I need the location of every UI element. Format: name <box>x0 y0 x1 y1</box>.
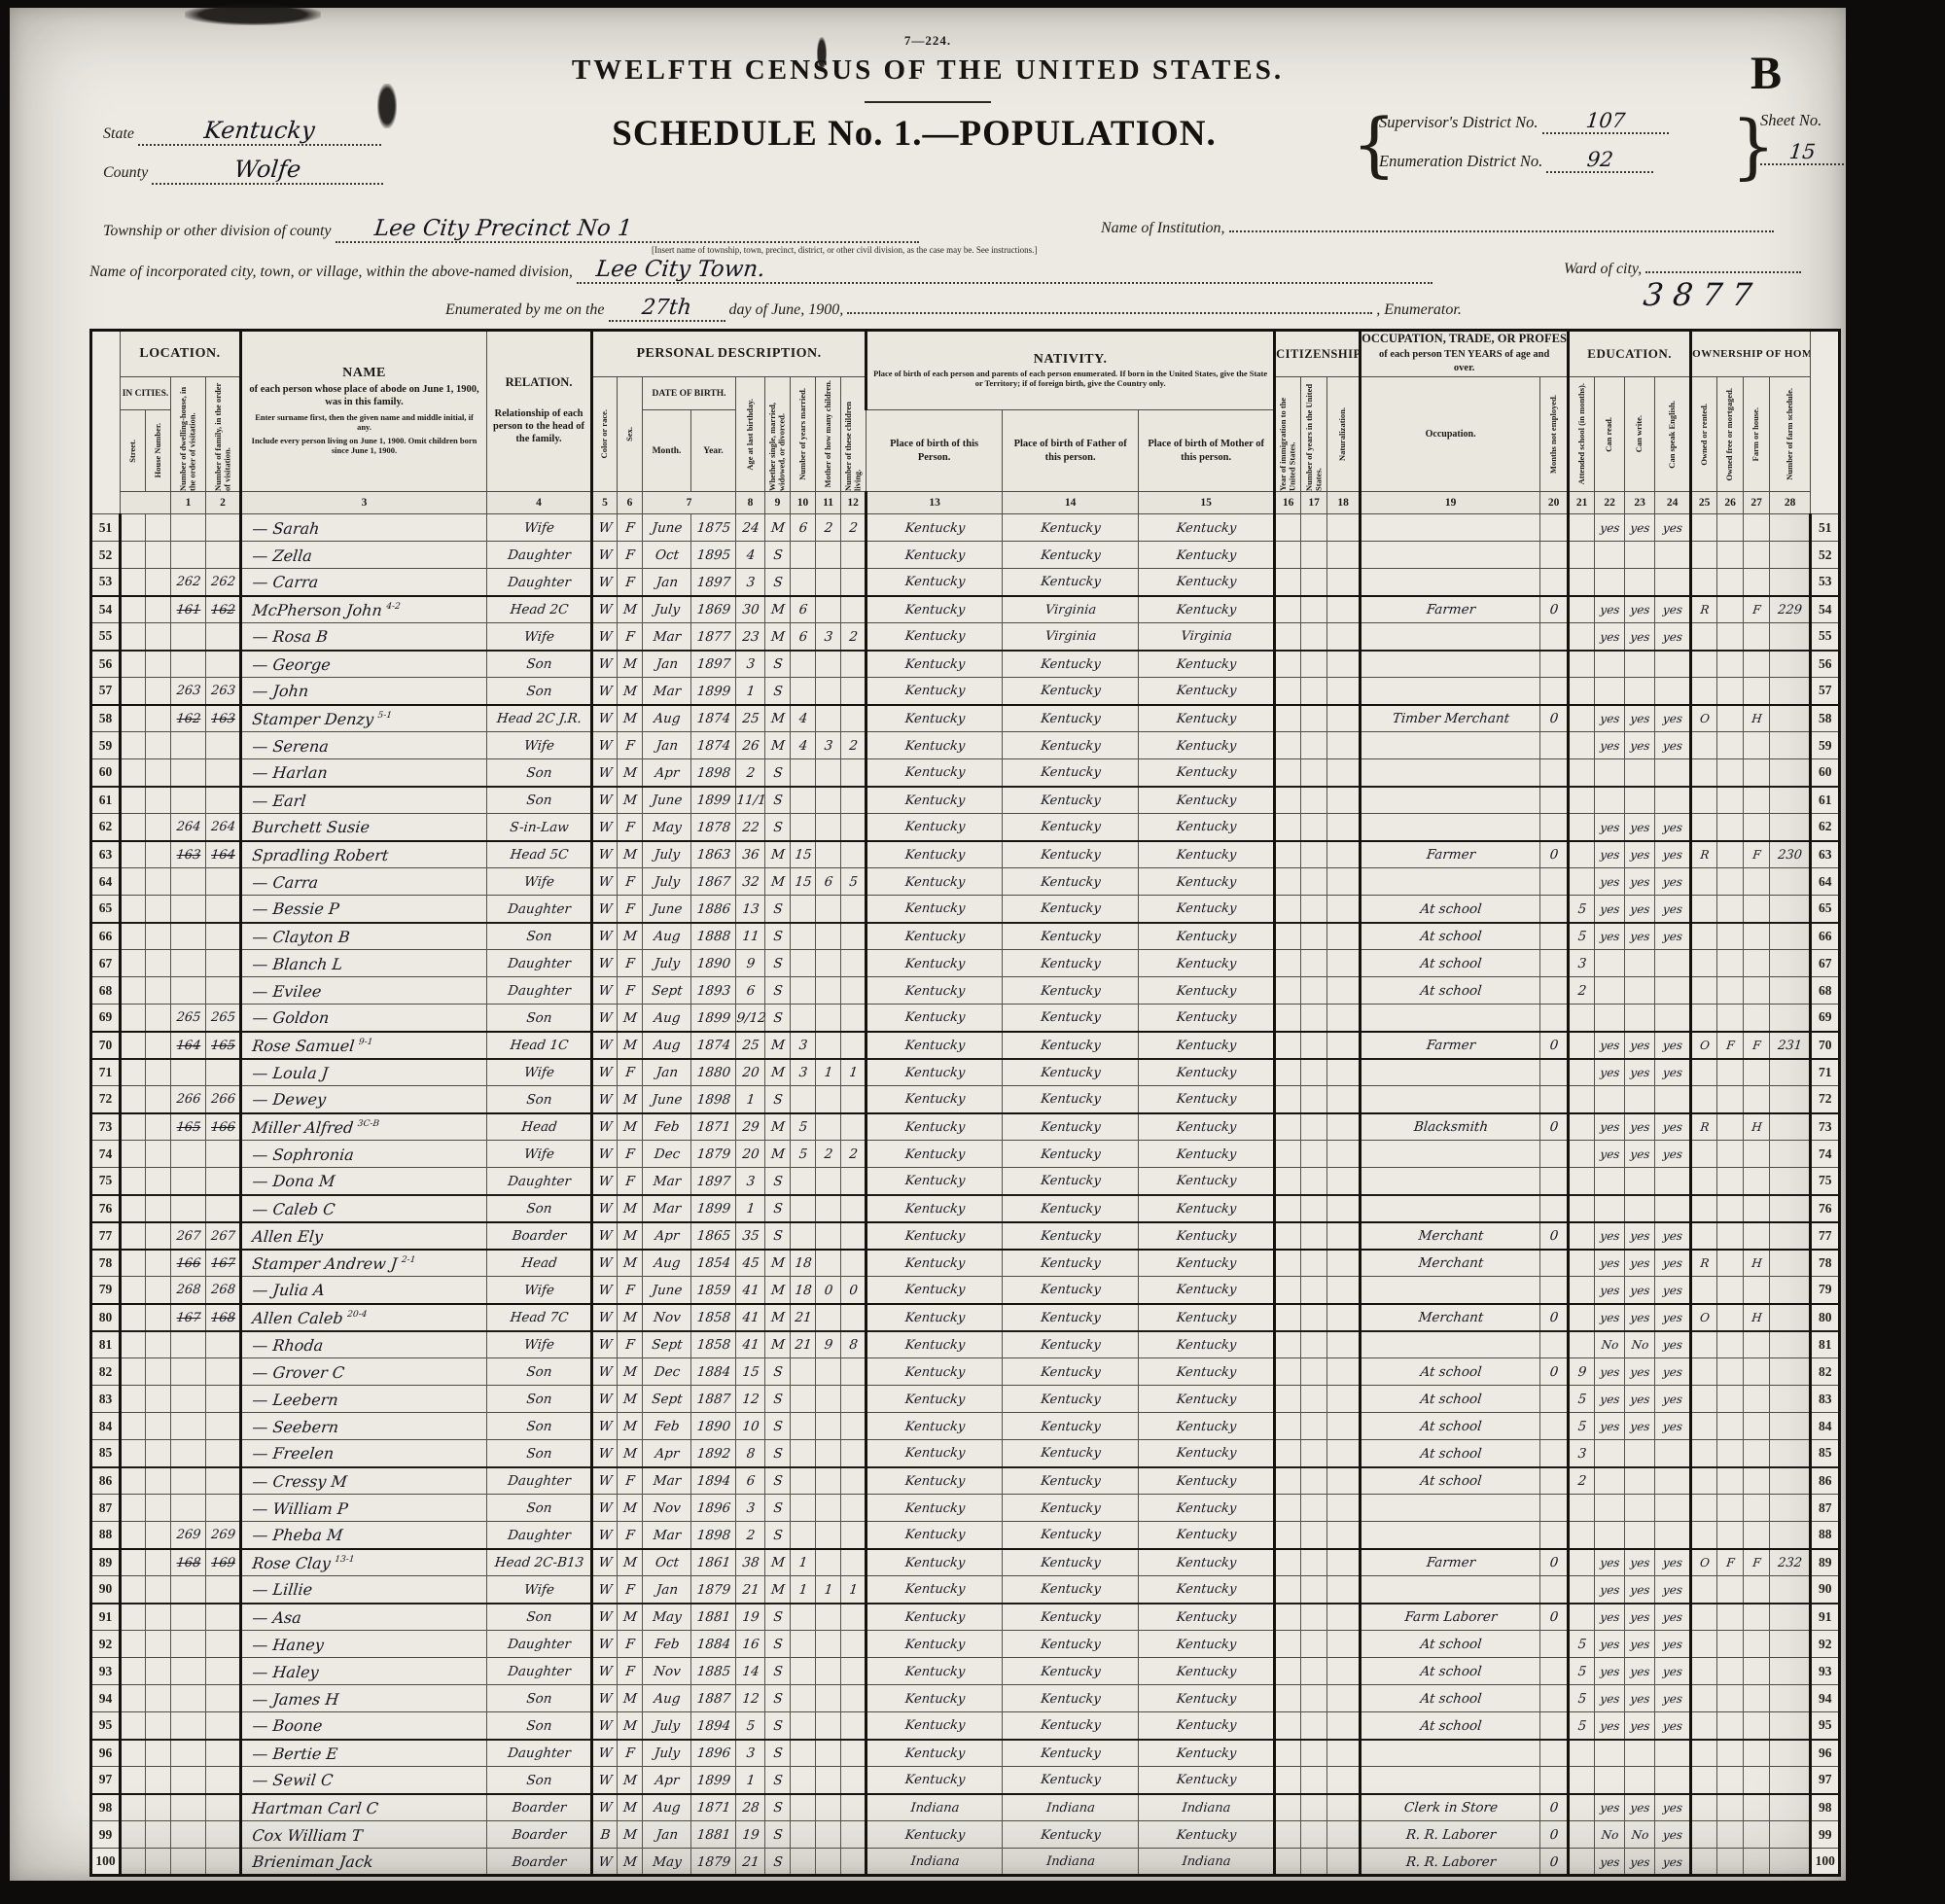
cell-by: 1879 <box>690 1849 737 1876</box>
cell-wr <box>1623 1522 1656 1549</box>
cell-rl: Boarder <box>485 1849 593 1876</box>
cell-a: 36 <box>734 841 766 868</box>
line-number-right: 83 <box>1811 1386 1840 1413</box>
line-number-right: 92 <box>1811 1631 1840 1658</box>
cell-p2: Kentucky <box>1001 1304 1140 1331</box>
cell-mo <box>814 1086 842 1113</box>
cell-a: 29 <box>734 1113 766 1141</box>
cell-wr: yes <box>1623 1222 1656 1250</box>
cell-a: 3 <box>734 1740 766 1767</box>
cell-st <box>119 841 147 868</box>
cell-sc <box>1567 1549 1596 1576</box>
cell-bm: Aug <box>641 1005 692 1032</box>
cell-by: 1892 <box>690 1440 737 1467</box>
cell-fh <box>1742 1440 1771 1467</box>
cell-bm: Aug <box>641 1032 692 1059</box>
cell-a: 3 <box>734 1495 766 1522</box>
cell-p2: Kentucky <box>1001 977 1140 1005</box>
cell-c: W <box>590 514 619 542</box>
cell-im <box>1273 1059 1302 1086</box>
cell-hn <box>144 569 172 596</box>
cell-f: 266 <box>204 1086 242 1113</box>
pob-person-header: Place of birth of this Person. <box>866 410 1003 492</box>
cell-p1: Kentucky <box>865 1222 1004 1250</box>
cell-yu <box>1299 1467 1328 1495</box>
naturalization-header: Naturalization. <box>1327 377 1361 492</box>
census-record-row: 52— ZellaDaughterWFOct18954SKentuckyKent… <box>91 542 1840 569</box>
cell-en: yes <box>1653 1413 1692 1440</box>
cell-cl <box>839 841 867 868</box>
cell-mn <box>1538 623 1570 651</box>
cell-nm: — Freelen <box>239 1440 488 1467</box>
cell-rl: Head 1C <box>485 1032 593 1059</box>
cell-nm: — Julia A <box>239 1277 488 1304</box>
cell-na <box>1326 1685 1361 1712</box>
cell-rd <box>1593 1467 1626 1495</box>
census-record-row: 58162163Stamper Denzy5-1Head 2C J.R.WMAu… <box>91 705 1840 732</box>
cell-hn <box>144 651 172 678</box>
cell-rd <box>1593 1005 1626 1032</box>
cell-p3: Kentucky <box>1137 1331 1276 1358</box>
cell-f <box>204 542 242 569</box>
cell-im <box>1273 1141 1302 1168</box>
cell-na <box>1326 841 1361 868</box>
cell-fs <box>1768 896 1812 923</box>
line-number-header-left <box>91 331 121 514</box>
cell-y <box>789 1712 817 1740</box>
cell-mn <box>1538 759 1570 787</box>
cell-by: 1884 <box>690 1358 737 1386</box>
cell-im <box>1273 1222 1302 1250</box>
cell-hn <box>144 1740 172 1767</box>
cell-sc <box>1567 1059 1596 1086</box>
line-number-left: 81 <box>91 1331 121 1358</box>
cell-rd: yes <box>1593 1549 1626 1576</box>
cell-st <box>119 1767 147 1794</box>
cell-f <box>204 1658 242 1685</box>
cell-st <box>119 1358 147 1386</box>
cell-en <box>1653 1168 1692 1195</box>
cell-rd: yes <box>1593 1141 1626 1168</box>
cell-mn: 0 <box>1538 596 1570 623</box>
line-number-right: 85 <box>1811 1440 1840 1467</box>
cell-y: 3 <box>789 1059 817 1086</box>
cell-oc: R. R. Laborer <box>1359 1821 1541 1849</box>
cell-c: W <box>590 569 619 596</box>
cell-fs <box>1768 623 1812 651</box>
cell-fm <box>1715 841 1745 868</box>
cell-f <box>204 623 242 651</box>
cell-f: 265 <box>204 1005 242 1032</box>
cell-f <box>204 896 242 923</box>
cell-by: 1890 <box>690 950 737 977</box>
cell-f <box>204 1685 242 1712</box>
cell-im <box>1273 1195 1302 1222</box>
cell-nm: Burchett Susie <box>239 814 488 841</box>
cell-y <box>789 1849 817 1876</box>
cell-fm <box>1715 1005 1745 1032</box>
census-record-row: 59— SerenaWifeWFJan187426M432KentuckyKen… <box>91 732 1840 759</box>
cell-oc: At school <box>1359 923 1541 950</box>
cell-y <box>789 1685 817 1712</box>
cell-d <box>169 1331 207 1358</box>
cell-st <box>119 1604 147 1631</box>
cell-p3: Kentucky <box>1137 759 1276 787</box>
cell-by: 1865 <box>690 1222 737 1250</box>
cell-na <box>1326 814 1361 841</box>
cell-fm <box>1715 950 1745 977</box>
line-number-left: 61 <box>91 787 121 814</box>
cell-oc <box>1359 1767 1541 1794</box>
cell-fm <box>1715 1467 1745 1495</box>
cell-by: 1887 <box>690 1386 737 1413</box>
census-record-row: 81— RhodaWifeWFSept185841M2198KentuckyKe… <box>91 1331 1840 1358</box>
cell-fh <box>1742 1604 1771 1631</box>
cell-st <box>119 923 147 950</box>
cell-oc: Farmer <box>1359 1032 1541 1059</box>
cell-p1: Kentucky <box>865 1821 1004 1849</box>
cell-fh <box>1742 1467 1771 1495</box>
cell-fh: H <box>1742 1304 1771 1331</box>
cell-st <box>119 1113 147 1141</box>
cell-c: W <box>590 868 619 896</box>
cell-en: yes <box>1653 596 1692 623</box>
cell-a: 24 <box>734 514 766 542</box>
cell-m: S <box>763 923 792 950</box>
line-number-left: 59 <box>91 732 121 759</box>
cell-fh <box>1742 1331 1771 1358</box>
line-number-right: 70 <box>1811 1032 1840 1059</box>
cell-wr <box>1623 950 1656 977</box>
cell-a: 3 <box>734 569 766 596</box>
cell-oc: At school <box>1359 1413 1541 1440</box>
cell-by: 1888 <box>690 923 737 950</box>
cell-bm: Apr <box>641 1767 692 1794</box>
line-number-right: 96 <box>1811 1740 1840 1767</box>
line-number-left: 62 <box>91 814 121 841</box>
cell-im <box>1273 1604 1302 1631</box>
cell-by: 1877 <box>690 623 737 651</box>
cell-rl: Son <box>485 1386 593 1413</box>
cell-rd: yes <box>1593 732 1626 759</box>
cell-na <box>1326 1222 1361 1250</box>
cell-sc <box>1567 1195 1596 1222</box>
cell-d: 264 <box>169 814 207 841</box>
line-number-right: 66 <box>1811 923 1840 950</box>
cell-en: yes <box>1653 705 1692 732</box>
cell-hn <box>144 1467 172 1495</box>
cell-a: 13 <box>734 896 766 923</box>
cell-fs <box>1768 1576 1812 1604</box>
cell-s: F <box>616 1168 644 1195</box>
cell-c: W <box>590 705 619 732</box>
cell-ow <box>1689 1631 1718 1658</box>
cell-hn <box>144 1086 172 1113</box>
cell-na <box>1326 705 1361 732</box>
cell-a: 9/12 <box>734 1005 766 1032</box>
cell-oc: At school <box>1359 1358 1541 1386</box>
cell-mn <box>1538 1331 1570 1358</box>
census-record-row: 76— Caleb CSonWMMar18991SKentuckyKentuck… <box>91 1195 1840 1222</box>
cell-fh <box>1742 1358 1771 1386</box>
cell-fm <box>1715 1658 1745 1685</box>
cell-p2: Kentucky <box>1001 1522 1140 1549</box>
cell-c: W <box>590 1358 619 1386</box>
cell-en <box>1653 1495 1692 1522</box>
cell-st <box>119 1495 147 1522</box>
cell-m: M <box>763 732 792 759</box>
cell-yu <box>1299 1304 1328 1331</box>
cell-y <box>789 1086 817 1113</box>
cell-p3: Kentucky <box>1137 1086 1276 1113</box>
cell-ow <box>1689 1712 1718 1740</box>
cell-mn <box>1538 1658 1570 1685</box>
cell-nm: Rose Clay13-1 <box>239 1549 488 1576</box>
cell-fh <box>1742 1086 1771 1113</box>
cell-m: S <box>763 1222 792 1250</box>
cell-fh <box>1742 732 1771 759</box>
cell-hn <box>144 623 172 651</box>
cell-d <box>169 1386 207 1413</box>
cell-d <box>169 514 207 542</box>
institution-label: Name of Institution, <box>1101 220 1225 236</box>
cell-st <box>119 1849 147 1876</box>
cell-yu <box>1299 1358 1328 1386</box>
cell-nm: — Sewil C <box>239 1767 488 1794</box>
cell-bm: Apr <box>641 1222 692 1250</box>
cell-ow <box>1689 1358 1718 1386</box>
cell-oc <box>1359 1005 1541 1032</box>
census-record-row: 60— HarlanSonWMApr18982SKentuckyKentucky… <box>91 759 1840 787</box>
cell-fm <box>1715 1495 1745 1522</box>
cell-ow <box>1689 1495 1718 1522</box>
cell-y <box>789 1631 817 1658</box>
cell-wr: yes <box>1623 1032 1656 1059</box>
cell-mn <box>1538 1413 1570 1440</box>
cell-fm <box>1715 1086 1745 1113</box>
cell-p2: Kentucky <box>1001 1440 1140 1467</box>
line-number-left: 85 <box>91 1440 121 1467</box>
cell-p3: Kentucky <box>1137 1440 1276 1467</box>
cell-p1: Kentucky <box>865 1086 1004 1113</box>
cell-by: 1895 <box>690 542 737 569</box>
cell-y <box>789 1222 817 1250</box>
cell-yu <box>1299 923 1328 950</box>
cell-st <box>119 1576 147 1604</box>
cell-by: 1894 <box>690 1712 737 1740</box>
cell-p1: Kentucky <box>865 868 1004 896</box>
cell-rl: Head 2C-B13 <box>485 1549 593 1576</box>
cell-by: 1898 <box>690 1086 737 1113</box>
cell-p3: Kentucky <box>1137 1005 1276 1032</box>
cell-c: W <box>590 1712 619 1740</box>
cell-a: 1 <box>734 1086 766 1113</box>
cell-s: M <box>616 1250 644 1277</box>
cell-mo <box>814 1794 842 1821</box>
cell-m: S <box>763 1168 792 1195</box>
cell-f <box>204 732 242 759</box>
cell-hn <box>144 759 172 787</box>
cell-fm <box>1715 732 1745 759</box>
census-record-row: 65— Bessie PDaughterWFJune188613SKentuck… <box>91 896 1840 923</box>
cell-rl: Son <box>485 787 593 814</box>
cell-fh <box>1742 950 1771 977</box>
cell-m: S <box>763 1740 792 1767</box>
cell-mo <box>814 1113 842 1141</box>
line-number-left: 63 <box>91 841 121 868</box>
cell-oc <box>1359 1195 1541 1222</box>
census-record-row: 62264264Burchett SusieS-in-LawWFMay18782… <box>91 814 1840 841</box>
line-number-left: 80 <box>91 1304 121 1331</box>
cell-s: M <box>616 1222 644 1250</box>
cell-p2: Indiana <box>1001 1849 1140 1876</box>
cell-bm: Jan <box>641 651 692 678</box>
cell-m: S <box>763 1086 792 1113</box>
cell-m: S <box>763 1604 792 1631</box>
cell-m: S <box>763 1631 792 1658</box>
col-header-name: NAME of each person whose place of abode… <box>241 331 487 492</box>
cell-d <box>169 896 207 923</box>
cell-a: 1 <box>734 678 766 705</box>
cell-fs <box>1768 950 1812 977</box>
cell-im <box>1273 1358 1302 1386</box>
cell-p3: Kentucky <box>1137 542 1276 569</box>
cell-rl: Son <box>485 1005 593 1032</box>
cell-sc <box>1567 1767 1596 1794</box>
line-number-left: 98 <box>91 1794 121 1821</box>
cell-y <box>789 1767 817 1794</box>
cell-cl <box>839 759 867 787</box>
cell-nm: — Cressy M <box>239 1467 488 1495</box>
cell-en: yes <box>1653 1712 1692 1740</box>
line-number-left: 57 <box>91 678 121 705</box>
cell-p2: Kentucky <box>1001 759 1140 787</box>
cell-cl: 1 <box>839 1576 867 1604</box>
cell-fs <box>1768 977 1812 1005</box>
cell-rl: Head 5C <box>485 841 593 868</box>
cell-na <box>1326 1358 1361 1386</box>
township-field: Township or other division of county Lee… <box>103 216 919 243</box>
cell-by: 1899 <box>690 1005 737 1032</box>
line-number-right: 98 <box>1811 1794 1840 1821</box>
sheet-row: Sheet No. 15 <box>1760 111 1844 165</box>
cell-by: 1896 <box>690 1740 737 1767</box>
cell-p3: Kentucky <box>1137 1195 1276 1222</box>
cell-p2: Kentucky <box>1001 705 1140 732</box>
census-record-row: 93— HaleyDaughterWFNov188514SKentuckyKen… <box>91 1658 1840 1685</box>
cell-cl <box>839 1495 867 1522</box>
cell-st <box>119 1331 147 1358</box>
cell-mo <box>814 1440 842 1467</box>
census-table: LOCATION. NAME of each person whose plac… <box>89 329 1841 1877</box>
line-number-left: 93 <box>91 1658 121 1685</box>
cell-by: 1859 <box>690 1277 737 1304</box>
cell-fs <box>1768 1767 1812 1794</box>
cell-nm: — Zella <box>239 542 488 569</box>
cell-mo <box>814 1767 842 1794</box>
cell-p2: Kentucky <box>1001 1740 1140 1767</box>
cell-fs <box>1768 1086 1812 1113</box>
cell-fm <box>1715 569 1745 596</box>
cell-cl <box>839 1086 867 1113</box>
cell-p2: Kentucky <box>1001 1277 1140 1304</box>
years-us-header: Number of years in the United States. <box>1301 377 1327 492</box>
cell-en <box>1653 651 1692 678</box>
cell-rl: Daughter <box>485 1522 593 1549</box>
census-record-row: 69265265— GoldonSonWMAug18999/12SKentuck… <box>91 1005 1840 1032</box>
relation-desc: Relationship of each person to the head … <box>487 405 590 447</box>
cell-hn <box>144 814 172 841</box>
census-record-row: 89168169Rose Clay13-1Head 2C-B13WMOct186… <box>91 1549 1840 1576</box>
cell-m: M <box>763 1277 792 1304</box>
cell-fs <box>1768 1250 1812 1277</box>
cell-s: M <box>616 596 644 623</box>
cell-im <box>1273 623 1302 651</box>
cell-fh <box>1742 1685 1771 1712</box>
cell-bm: Feb <box>641 1113 692 1141</box>
cell-st <box>119 787 147 814</box>
cell-en <box>1653 1767 1692 1794</box>
cell-fh <box>1742 1712 1771 1740</box>
cell-oc: At school <box>1359 977 1541 1005</box>
cell-c: W <box>590 1032 619 1059</box>
line-number-right: 67 <box>1811 950 1840 977</box>
cell-fh <box>1742 896 1771 923</box>
cell-p3: Indiana <box>1137 1794 1276 1821</box>
county-field: County Wolfe <box>103 156 383 185</box>
cell-yu <box>1299 1658 1328 1685</box>
cell-na <box>1326 950 1361 977</box>
township-label: Township or other division of county <box>103 223 332 239</box>
cell-y <box>789 1604 817 1631</box>
cell-s: F <box>616 814 644 841</box>
cell-sc <box>1567 1331 1596 1358</box>
cell-p2: Kentucky <box>1001 1195 1140 1222</box>
cell-en <box>1653 1195 1692 1222</box>
cell-oc: At school <box>1359 1386 1541 1413</box>
cell-ow <box>1689 1005 1718 1032</box>
cell-s: M <box>616 1005 644 1032</box>
census-record-row: 91— AsaSonWMMay188119SKentuckyKentuckyKe… <box>91 1604 1840 1631</box>
cell-ow <box>1689 1794 1718 1821</box>
cell-oc <box>1359 569 1541 596</box>
cell-en <box>1653 569 1692 596</box>
cell-oc <box>1359 1141 1541 1168</box>
cell-m: S <box>763 950 792 977</box>
immigration-header: Year of immigration to the United States… <box>1275 377 1301 492</box>
cell-wr: yes <box>1623 1549 1656 1576</box>
cell-by: 1858 <box>690 1331 737 1358</box>
cell-s: F <box>616 1522 644 1549</box>
cell-mn <box>1538 1059 1570 1086</box>
cell-p1: Kentucky <box>865 1576 1004 1604</box>
cell-mo <box>814 569 842 596</box>
cell-im <box>1273 1331 1302 1358</box>
census-record-row: 92— HaneyDaughterWFFeb188416SKentuckyKen… <box>91 1631 1840 1658</box>
cell-ow <box>1689 1086 1718 1113</box>
cell-fm <box>1715 923 1745 950</box>
cell-mo <box>814 1413 842 1440</box>
cell-by: 1881 <box>690 1821 737 1849</box>
cell-p1: Kentucky <box>865 705 1004 732</box>
cell-oc: Merchant <box>1359 1222 1541 1250</box>
cell-hn <box>144 1604 172 1631</box>
cell-rl: Wife <box>485 1277 593 1304</box>
cell-ow: R <box>1689 1250 1718 1277</box>
census-record-row: 98Hartman Carl CBoarderWMAug187128SIndia… <box>91 1794 1840 1821</box>
cell-p3: Kentucky <box>1137 814 1276 841</box>
cell-st <box>119 1413 147 1440</box>
